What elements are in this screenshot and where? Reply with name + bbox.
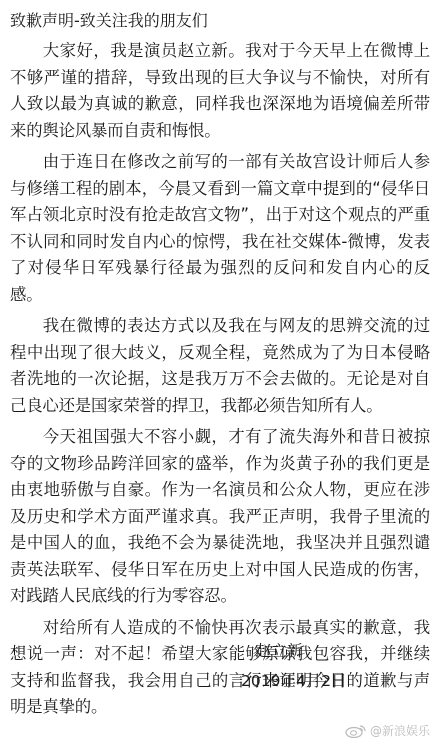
paragraph-1: 大家好，我是演员赵立新。我对于今天早上在微博上不够严谨的措辞，导致出现的巨大争议…: [10, 38, 430, 144]
paragraph-5: 对给所有人造成的不愉快再次表示最真实的歉意，我想说一声：对不起！希望大家能够原谅…: [10, 615, 430, 721]
weibo-logo-icon: [345, 724, 367, 738]
paragraph-3: 我在微博的表达方式以及我在与网友的思辨交流的过程中出现了很大歧义，反观全程，竟然…: [10, 313, 430, 419]
signer-name: 赵立新: [256, 640, 303, 662]
paragraph-4: 今天祖国强大不容小觑，才有了流失海外和昔日被掠夺的文物珍品跨洋回家的盛举，作为炎…: [10, 424, 430, 610]
watermark: @新浪娱乐: [345, 722, 430, 739]
document-title: 致歉声明-致关注我的朋友们: [10, 10, 430, 32]
apology-statement: 致歉声明-致关注我的朋友们 大家好，我是演员赵立新。我对于今天早上在微博上不够严…: [10, 10, 430, 726]
signature-date: 2019年4月2日: [241, 670, 347, 692]
paragraph-2: 由于连日在修改之前写的一部有关故宫设计师后人参与修缮工程的剧本，今晨又看到一篇文…: [10, 149, 430, 308]
watermark-text: @新浪娱乐: [370, 722, 430, 739]
